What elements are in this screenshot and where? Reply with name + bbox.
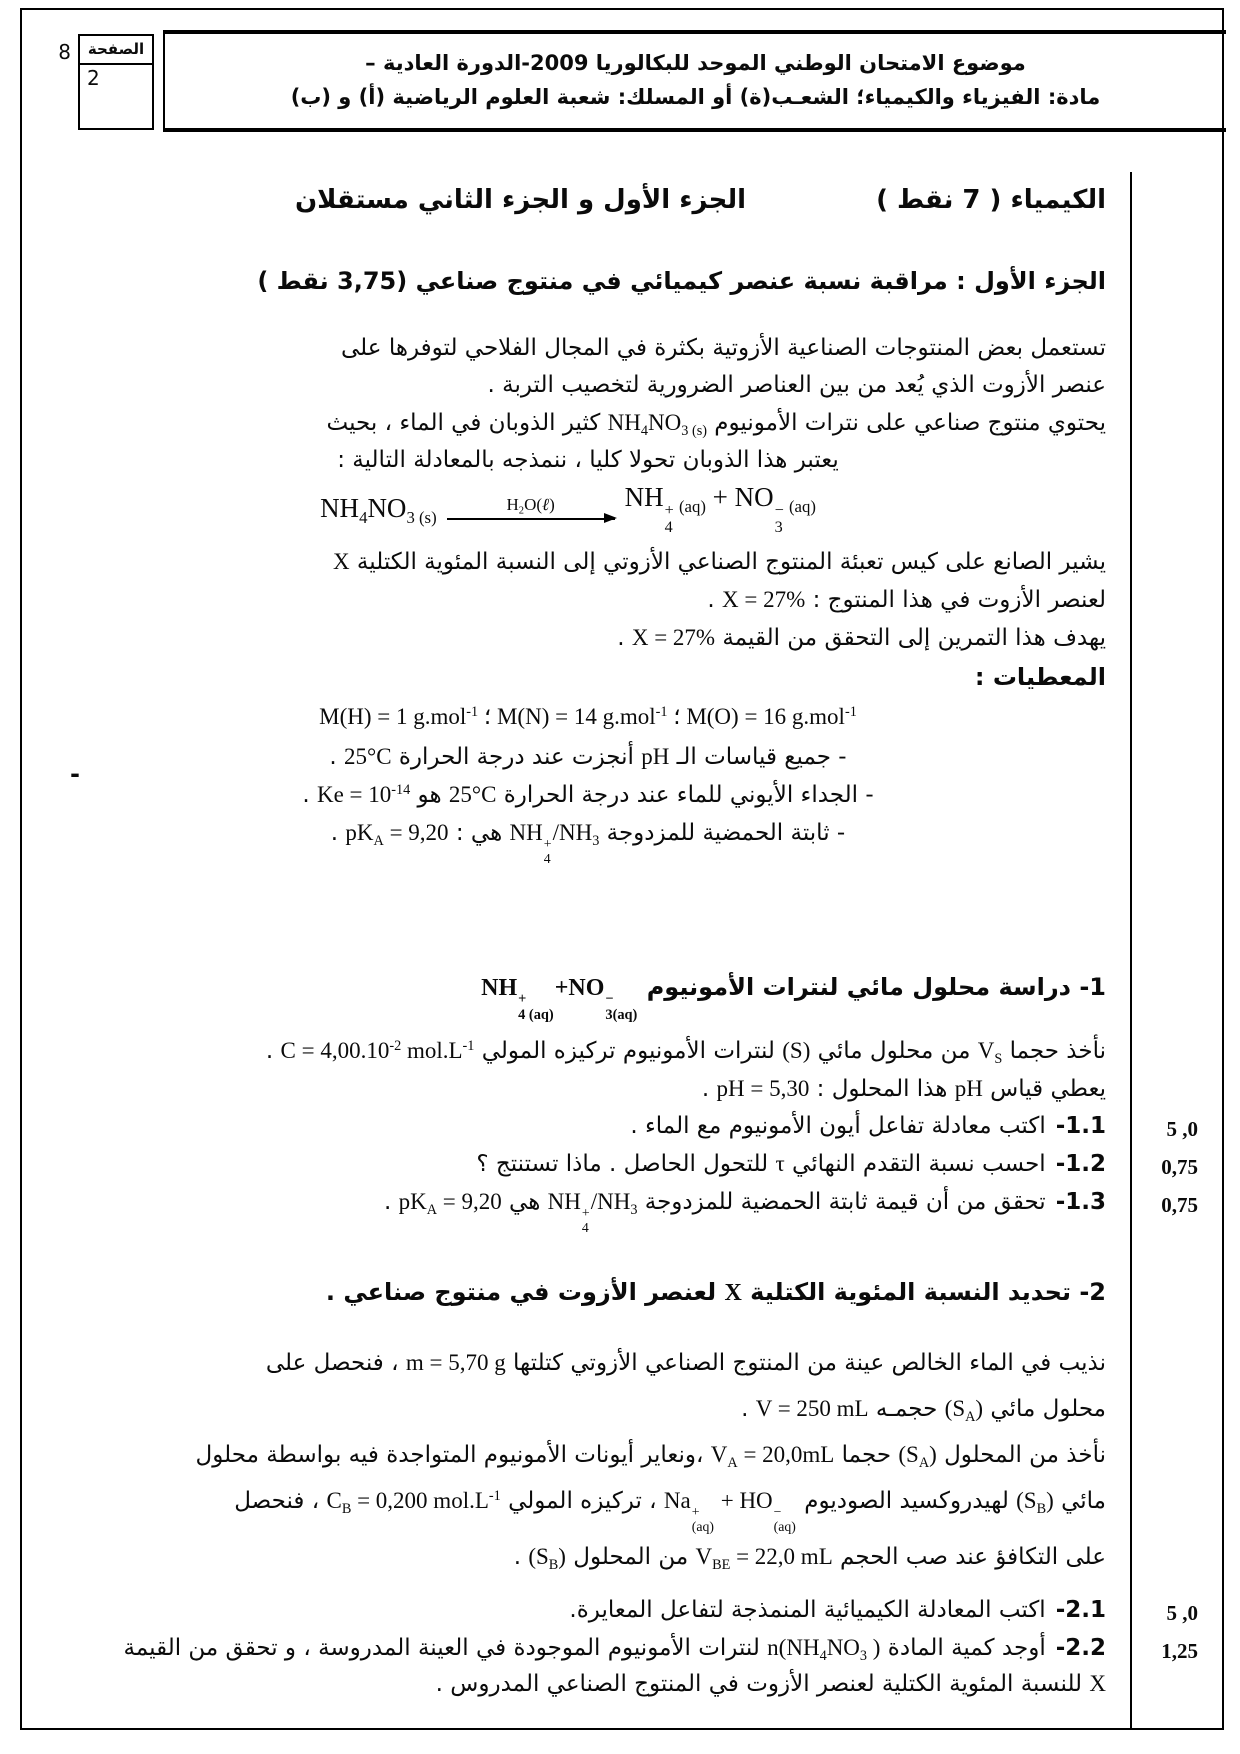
ph-conditions-line: - جميع قياسات الـ pH أنجزت عند درجة الحر… xyxy=(70,738,1106,776)
section2-paragraph-2: نأخذ من المحلول (SA) حجما VA = 20,0mL ،و… xyxy=(70,1432,1106,1579)
arrow-line xyxy=(447,518,615,520)
molar-masses-line: M(H) = 1 g.mol-1 ؛ M(N) = 14 g.mol-1 ؛ M… xyxy=(70,698,1106,736)
question-text: احسب نسبة التقدم النهائي τ للتحول الحاصل… xyxy=(476,1151,1045,1177)
exam-body: الكيمياء ( 7 نقط ) الجزء الأول و الجزء ا… xyxy=(70,182,1106,1704)
question-number: 1.3- xyxy=(1056,1189,1106,1215)
marks-column-divider-line xyxy=(1130,172,1132,1730)
chemistry-title-row: الكيمياء ( 7 نقط ) الجزء الأول و الجزء ا… xyxy=(70,182,1106,219)
question-number: 2.1- xyxy=(1056,1597,1106,1623)
equation-products: NH+4 (aq) + NO−3 (aq) xyxy=(625,481,816,535)
pre-equation-line: يعتبر هذا الذوبان تحولا كليا ، ننمذجه با… xyxy=(70,442,1106,479)
ionic-product-line: - الجداء الأيوني للماء عند درجة الحرارة … xyxy=(70,776,1106,814)
question-mark: 1,25 xyxy=(1161,1633,1198,1669)
section1-paragraph-2: يعطي قياس pH هذا المحلول : pH = 5,30 . xyxy=(70,1070,1106,1108)
exam-page: { "page_box": {"label": "الصفحة", "curre… xyxy=(0,0,1240,1754)
header-subject-stream: مادة: الفيزياء والكيمياء؛ الشعـب(ة) أو ا… xyxy=(165,80,1226,114)
page-number-box: الصفحة 2 8 xyxy=(78,34,154,130)
question-number: 2.2- xyxy=(1056,1635,1106,1661)
arrow-head-icon xyxy=(604,513,617,523)
dissolution-equation: NH4NO3 (s) H2O(ℓ) NH+4 (aq) + NO−3 (aq) xyxy=(70,481,1066,535)
question-mark: 0,75 xyxy=(1161,1187,1198,1223)
header-exam-title: موضوع الامتحان الوطني الموحد للبكالوريا … xyxy=(165,46,1226,80)
section2-heading: 2- تحديد النسبة المئوية الكتلية X لعنصر … xyxy=(70,1274,1106,1312)
question-mark: 0, 5 xyxy=(1167,1111,1199,1147)
section2-questions: 2.1-اكتب المعادلة الكيميائية المنمذجة لت… xyxy=(70,1592,1106,1702)
page-current: 2 xyxy=(87,66,100,90)
question-number: 1.1- xyxy=(1056,1113,1106,1139)
question-row-2-1: 2.1-اكتب المعادلة الكيميائية المنمذجة لت… xyxy=(70,1592,1106,1628)
reaction-arrow: H2O(ℓ) xyxy=(447,496,615,520)
question-mark: 0,75 xyxy=(1161,1149,1198,1185)
acidity-constant-line: - ثابتة الحمضية للمزدوجة NH+4/NH3 هي : p… xyxy=(70,814,1106,865)
section1-heading: 1- دراسة محلول مائي لنترات الأمونيوم NH+… xyxy=(70,969,1106,1022)
subject-title: الكيمياء ( 7 نقط ) xyxy=(876,182,1106,219)
question-row-1-2: 1.2-احسب نسبة التقدم النهائي τ للتحول ال… xyxy=(70,1146,1106,1182)
page-label: الصفحة xyxy=(80,36,152,65)
section2-paragraph-1: نذيب في الماء الخالص عينة من المنتوج الص… xyxy=(70,1340,1106,1432)
givens-heading: المعطيات : xyxy=(70,659,1106,696)
question-row-1-1: 1.1-اكتب معادلة تفاعل أيون الأمونيوم مع … xyxy=(70,1108,1106,1144)
question-text: اكتب معادلة تفاعل أيون الأمونيوم مع الما… xyxy=(630,1113,1045,1139)
question-row-2-2: 2.2-أوجد كمية المادة n(NH4NO3 ) لنترات ا… xyxy=(70,1630,1106,1702)
exam-header-box: موضوع الامتحان الوطني الموحد للبكالوريا … xyxy=(163,30,1226,132)
question-text: اكتب المعادلة الكيميائية المنمذجة لتفاعل… xyxy=(569,1597,1045,1623)
question-text: أوجد كمية المادة n(NH4NO3 ) لنترات الأمو… xyxy=(124,1635,1107,1697)
arrow-condition-label: H2O(ℓ) xyxy=(507,496,555,515)
section1-questions: 1.1-اكتب معادلة تفاعل أيون الأمونيوم مع … xyxy=(70,1108,1106,1234)
intro-paragraph: تستعمل بعض المنتوجات الصناعية الأزوتية ب… xyxy=(70,330,1106,442)
question-number: 1.2- xyxy=(1056,1151,1106,1177)
part1-heading: الجزء الأول : مراقبة نسبة عنصر كيميائي ف… xyxy=(70,263,1106,300)
manufacturer-paragraph: يشير الصانع على كيس تعبئة المنتوج الصناع… xyxy=(70,543,1106,657)
question-mark: 0, 5 xyxy=(1167,1595,1199,1631)
equation-reactant: NH4NO3 (s) xyxy=(320,492,437,524)
question-row-1-3: 1.3-تحقق من أن قيمة ثابتة الحمضية للمزدو… xyxy=(70,1184,1106,1234)
page-total: 8 xyxy=(58,40,71,64)
section1-paragraph-1: نأخذ حجما VS من محلول مائي (S) لنترات ال… xyxy=(70,1032,1106,1070)
question-text: تحقق من أن قيمة ثابتة الحمضية للمزدوجة N… xyxy=(384,1189,1046,1215)
parts-independence-note: الجزء الأول و الجزء الثاني مستقلان xyxy=(295,182,746,219)
